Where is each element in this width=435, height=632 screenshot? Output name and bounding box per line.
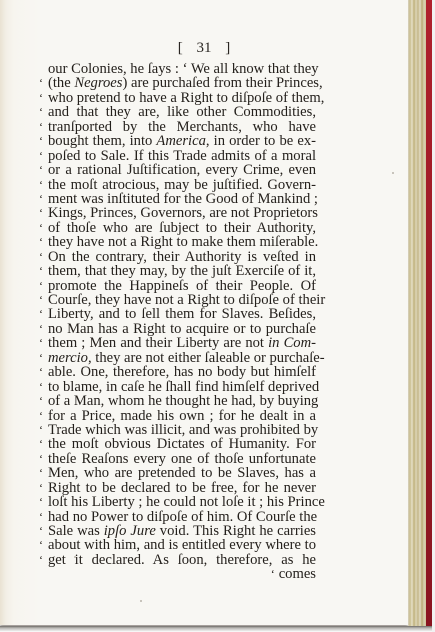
body-text: our Colonies, he ſays : ‘ We all know th…: [48, 62, 316, 582]
text-line: ‘of thoſe who are ſubject to their Autho…: [48, 221, 316, 235]
running-quote-mark: ‘: [271, 567, 275, 581]
text-line: ‘to blame, in caſe he ſhall find himſelf…: [48, 380, 316, 394]
text-line: ‘the moſt atrocious, may be juſtified. G…: [48, 178, 316, 192]
page-number-header: [ 31 ]: [0, 40, 408, 57]
running-quote-mark: ‘: [39, 134, 43, 148]
text-line: ‘for a Price, made his own ; for he deal…: [48, 409, 316, 423]
text-line: ‘Liberty, and to ſell them for Slaves. B…: [48, 307, 316, 321]
catchword: comes: [279, 566, 316, 582]
text-line: ‘the moſt obvious Dictates of Humanity. …: [48, 437, 316, 451]
paper-speck: [74, 556, 76, 558]
running-quote-mark: ‘: [39, 307, 43, 321]
page-bottom-shadow: [0, 626, 432, 632]
text-line: ‘able. One, therefore, has no body but h…: [48, 365, 316, 379]
running-quote-mark: ‘: [39, 76, 43, 90]
paper-speck: [140, 600, 142, 602]
running-quote-mark: ‘: [39, 120, 43, 134]
running-quote-mark: ‘: [39, 452, 43, 466]
text-line: ‘Trade which was illicit, and was prohib…: [48, 423, 316, 437]
text-line: ‘about with him, and is entitled every w…: [48, 538, 316, 552]
text-line: ‘had no Power to diſpoſe of him. Of Cour…: [48, 510, 316, 524]
text-line: ‘(the Negroes) are purchaſed from their …: [48, 76, 316, 90]
text-line: our Colonies, he ſays : ‘ We all know th…: [48, 62, 316, 76]
text-line: ‘mercio, they are not either ſaleable or…: [48, 351, 316, 365]
running-quote-mark: ‘: [39, 235, 43, 249]
book-scan: [ 31 ] our Colonies, he ſays : ‘ We all …: [0, 0, 435, 632]
running-quote-mark: ‘: [39, 163, 43, 177]
line-text: get it declared. As ſoon, therefore, as …: [48, 552, 316, 568]
text-line: ‘Men, who are pretended to be Slaves, ha…: [48, 466, 316, 480]
text-line: ‘them ; Men and their Liberty are not in…: [48, 336, 316, 350]
text-line: ‘who pretend to have a Right to diſpoſe …: [48, 91, 316, 105]
running-quote-mark: ‘: [39, 293, 43, 307]
text-line: ‘promote the Happineſs of their People. …: [48, 279, 316, 293]
running-quote-mark: ‘: [39, 466, 43, 480]
running-quote-mark: ‘: [39, 105, 43, 119]
text-line: ‘they have not a Right to make them miſe…: [48, 235, 316, 249]
text-line: ‘On the contrary, their Authority is veſ…: [48, 250, 316, 264]
bracket-right: ]: [225, 40, 230, 57]
running-quote-mark: ‘: [39, 524, 43, 538]
text-line: ‘ment was inſtituted for the Good of Man…: [48, 192, 316, 206]
text-line: ‘of a Man, whom he thought he had, by bu…: [48, 394, 316, 408]
running-quote-mark: ‘: [39, 437, 43, 451]
text-line: ‘Kings, Princes, Governors, are not Prop…: [48, 206, 316, 220]
text-line: ‘tranſported by the Merchants, who have: [48, 120, 316, 134]
running-quote-mark: ‘: [39, 192, 43, 206]
running-quote-mark: ‘: [39, 336, 43, 350]
running-quote-mark: ‘: [39, 91, 43, 105]
running-quote-mark: ‘: [39, 538, 43, 552]
text-line: ‘and that they are, like other Commoditi…: [48, 105, 316, 119]
text-line: ‘Right to be declared to be free, for he…: [48, 481, 316, 495]
running-quote-mark: ‘: [39, 409, 43, 423]
text-line: ‘poſed to Sale. If this Trade admits of …: [48, 149, 316, 163]
bracket-left: [: [178, 40, 183, 57]
catchword-line: ‘comes: [48, 567, 316, 581]
running-quote-mark: ‘: [39, 250, 43, 264]
page-edges: [408, 0, 426, 626]
running-quote-mark: ‘: [39, 553, 43, 567]
running-quote-mark: ‘: [39, 495, 43, 509]
running-quote-mark: ‘: [39, 423, 43, 437]
running-quote-mark: ‘: [39, 178, 43, 192]
text-line: ‘Courſe, they have not a Right to diſpoſ…: [48, 293, 316, 307]
text-line: ‘no Man has a Right to acquire or to pur…: [48, 322, 316, 336]
running-quote-mark: ‘: [39, 394, 43, 408]
running-quote-mark: ‘: [39, 149, 43, 163]
running-quote-mark: ‘: [39, 221, 43, 235]
text-line: ‘get it declared. As ſoon, therefore, as…: [48, 553, 316, 567]
running-quote-mark: ‘: [39, 206, 43, 220]
paper-speck: [392, 172, 394, 174]
book-page: [ 31 ] our Colonies, he ſays : ‘ We all …: [0, 0, 408, 625]
running-quote-mark: ‘: [39, 264, 43, 278]
text-line: ‘theſe Reaſons every one of thoſe unfort…: [48, 452, 316, 466]
running-quote-mark: ‘: [39, 351, 43, 365]
text-line: ‘loſt his Liberty ; he could not loſe it…: [48, 495, 316, 509]
text-line: ‘or a rational Juſtification, every Crim…: [48, 163, 316, 177]
running-quote-mark: ‘: [39, 365, 43, 379]
running-quote-mark: ‘: [39, 279, 43, 293]
text-line: ‘bought them, into America, in order to …: [48, 134, 316, 148]
running-quote-mark: ‘: [39, 322, 43, 336]
text-line: ‘them, that they may, by the juſt Exerci…: [48, 264, 316, 278]
text-line: ‘Sale was ipſo Jure void. This Right he …: [48, 524, 316, 538]
page-number: 31: [197, 40, 212, 56]
running-quote-mark: ‘: [39, 380, 43, 394]
running-quote-mark: ‘: [39, 481, 43, 495]
running-quote-mark: ‘: [39, 510, 43, 524]
